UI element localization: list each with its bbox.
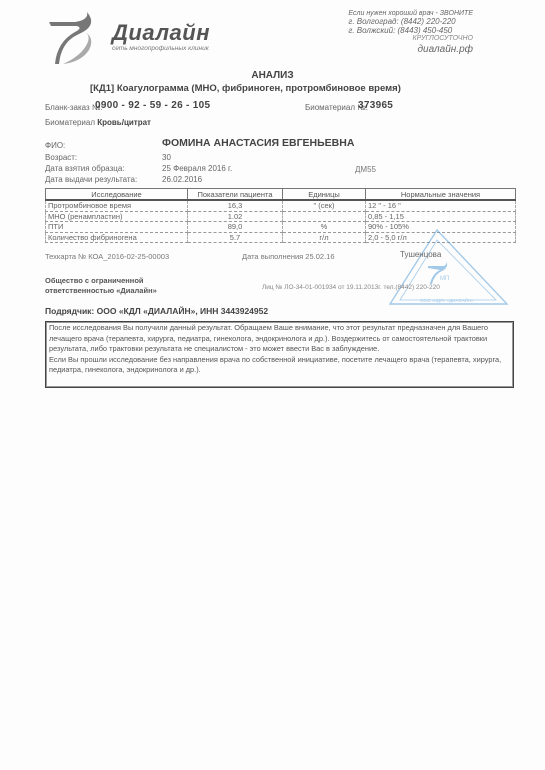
test-unit: [283, 211, 366, 222]
notice-paragraph-1: После исследования Вы получили данный ре…: [49, 323, 510, 355]
organization-line-2: ответственностью «Диалайн»: [45, 286, 157, 296]
results-header-row: Исследование Показатели пациента Единицы…: [46, 189, 516, 201]
test-value: 5.7: [188, 232, 283, 243]
organization-name: Общество с ограниченной ответственностью…: [45, 276, 157, 296]
brand-tagline: сеть многопрофильных клиник: [112, 45, 209, 52]
techcard-number: Техкарта № КОА_2016-02-25-00003: [45, 252, 169, 261]
document-subtitle: [КД1] Коагулограмма (МНО, фибриноген, пр…: [90, 83, 401, 94]
contacts-volgograd: г. Волгоград: (8442) 220-220: [348, 17, 473, 26]
test-unit: " (сек): [283, 200, 366, 211]
contacts-block: Если нужен хороший врач - ЗВОНИТЕ г. Вол…: [348, 10, 473, 55]
signature: Тушенцова: [400, 250, 441, 259]
test-name: МНО (ренампластин): [46, 211, 188, 222]
test-name: Количество фибриногена: [46, 232, 188, 243]
biomaterial-value: Кровь/цитрат: [97, 118, 151, 127]
header-range: Нормальные значения: [366, 189, 516, 201]
biomaterial-row: Биоматериал Кровь/цитрат: [45, 118, 151, 127]
biomaterial-label: Биоматериал: [45, 118, 95, 127]
test-range: 12 " - 16 ": [366, 200, 516, 211]
header-test: Исследование: [46, 189, 188, 201]
issue-date: 26.02.2016: [162, 175, 202, 184]
test-name: Протромбиновое время: [46, 200, 188, 211]
test-name: ПТИ: [46, 222, 188, 233]
issue-date-label: Дата выдачи результата:: [45, 175, 137, 184]
biomaterial-number: 373965: [358, 100, 393, 111]
test-range: 0,85 - 1,15: [366, 211, 516, 222]
contacts-volzhsky: г. Волжский: (8443) 450-450: [348, 26, 473, 35]
svg-text:ООО «КДЛ» «ДИАЛАЙН»: ООО «КДЛ» «ДИАЛАЙН»: [420, 296, 474, 303]
header-unit: Единицы: [283, 189, 366, 201]
website-link[interactable]: диалайн.рф: [348, 44, 473, 55]
header-value: Показатели пациента: [188, 189, 283, 201]
lab-stamp-icon: МП ООО «КДЛ» «ДИАЛАЙН»: [382, 228, 512, 308]
patient-name: ФОМИНА АНАСТАСИЯ ЕВГЕНЬЕВНА: [162, 137, 354, 149]
contractor-info: Подрядчик: ООО «КДЛ «ДИАЛАЙН», ИНН 34439…: [45, 306, 268, 316]
organization-line-1: Общество с ограниченной: [45, 276, 157, 286]
contacts-hours: КРУГЛОСУТОЧНО: [348, 35, 473, 42]
completion-date: Дата выполнения 25.02.16: [242, 252, 335, 261]
svg-text:МП: МП: [440, 276, 449, 282]
contacts-slogan: Если нужен хороший врач - ЗВОНИТЕ: [348, 10, 473, 17]
table-row: Протромбиновое время 16,3 " (сек) 12 " -…: [46, 200, 516, 211]
test-value: 89,0: [188, 222, 283, 233]
test-unit: г/л: [283, 232, 366, 243]
license-info: Лиц № ЛО-34-01-001934 от 19.11.2013г. те…: [262, 284, 440, 291]
patient-age-label: Возраст:: [45, 153, 77, 162]
sample-date: 25 Февраля 2016 г.: [162, 164, 232, 173]
patient-notice-box: После исследования Вы получили данный ре…: [45, 321, 514, 388]
patient-age: 30: [162, 153, 171, 162]
department-code: ДМ55: [355, 165, 376, 174]
table-row: МНО (ренампластин) 1.02 0,85 - 1,15: [46, 211, 516, 222]
patient-name-label: ФИО:: [45, 141, 65, 150]
order-number: 0900 - 92 - 59 - 26 - 105: [95, 100, 210, 111]
test-unit: %: [283, 222, 366, 233]
test-value: 1.02: [188, 211, 283, 222]
brand-name: Диалайн: [112, 20, 210, 46]
document-title: АНАЛИЗ: [0, 70, 545, 81]
test-value: 16,3: [188, 200, 283, 211]
sample-date-label: Дата взятия образца:: [45, 164, 125, 173]
dialine-logo-icon: [45, 10, 97, 65]
notice-paragraph-2: Если Вы прошли исследование без направле…: [49, 355, 510, 376]
